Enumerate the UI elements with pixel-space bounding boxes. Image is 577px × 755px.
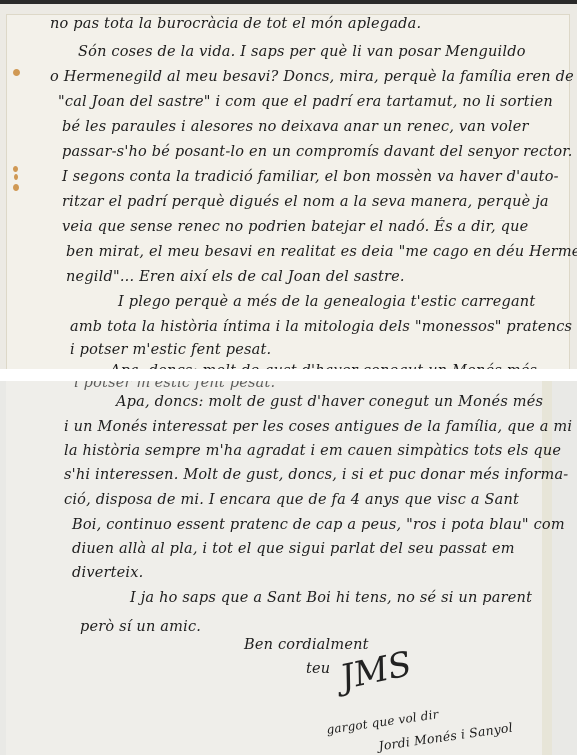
text-line: Apa, doncs: molt de gust d'haver conegut… xyxy=(110,363,537,369)
text-line: ritzar el padrí perquè digués el nom a l… xyxy=(62,194,549,210)
rust-stain xyxy=(13,166,18,172)
text-line: I plego perquè a més de la genealogia t'… xyxy=(118,294,535,310)
text-line: o Hermenegild al meu besavi? Doncs, mira… xyxy=(50,69,574,85)
text-line: i potser m'estic fent pesat. xyxy=(74,381,275,391)
rust-stain xyxy=(13,184,19,191)
text-line: I ja ho saps que a Sant Boi hi tens, no … xyxy=(130,590,532,606)
rust-stain xyxy=(13,69,20,76)
letter-page-fragment-top: no pas tota la burocràcia de tot el món … xyxy=(0,0,577,369)
text-line: negild"... Eren així els de cal Joan del… xyxy=(66,269,405,285)
paper-sheet xyxy=(6,14,570,369)
text-line: Són coses de la vida. I saps per què li … xyxy=(78,44,526,60)
text-line: diuen allà al pla, i tot el que sigui pa… xyxy=(72,541,515,557)
text-line: amb tota la història íntima i la mitolog… xyxy=(70,319,572,335)
text-line: i un Monés interessat per les coses anti… xyxy=(64,419,572,435)
text-line: però sí un amic. xyxy=(80,619,201,635)
text-line: s'hi interessen. Molt de gust, doncs, i … xyxy=(64,467,568,483)
text-line: la història sempre m'ha agradat i em cau… xyxy=(64,443,561,459)
closing-salutation: Ben cordialment xyxy=(244,637,369,653)
text-line: Boi, continuo essent pratenc de cap a pe… xyxy=(72,517,565,533)
text-line: bé les paraules i alesores no deixava an… xyxy=(62,119,529,135)
text-line: veia que sense renec no podrien batejar … xyxy=(62,219,528,235)
text-line: ben mirat, el meu besavi en realitat es … xyxy=(66,244,577,260)
closing-teu: teu xyxy=(306,661,330,677)
text-line: ció, disposa de mi. I encara que de fa 4… xyxy=(64,492,519,508)
text-line: passar-s'ho bé posant-lo en un compromís… xyxy=(62,144,573,160)
text-line: diverteix. xyxy=(72,565,143,581)
letter-page-fragment-bottom: i potser m'estic fent pesat. Apa, doncs:… xyxy=(0,381,577,755)
text-line: "cal Joan del sastre" i com que el padrí… xyxy=(58,94,553,110)
text-line: no pas tota la burocràcia de tot el món … xyxy=(50,16,421,32)
rust-stain xyxy=(14,174,18,180)
text-line: I segons conta la tradició familiar, el … xyxy=(62,169,559,185)
text-line: i potser m'estic fent pesat. xyxy=(70,342,271,358)
text-line: Apa, doncs: molt de gust d'haver conegut… xyxy=(116,394,543,410)
paper-edge xyxy=(542,381,552,755)
